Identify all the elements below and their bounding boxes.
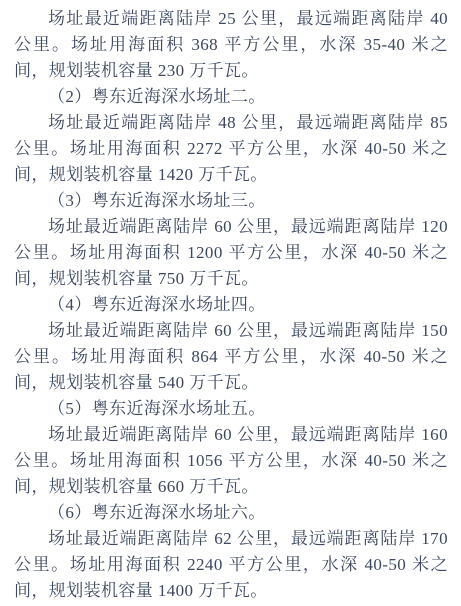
site1-description-paragraph: 场址最近端距离陆岸 25 公里，最远端距离陆岸 40 公里。场址用海面积 368… bbox=[14, 6, 448, 84]
site4-description-paragraph: 场址最近端距离陆岸 60 公里，最远端距离陆岸 150 公里。场址用海面积 86… bbox=[14, 318, 448, 396]
site5-heading: （5）粤东近海深水场址五。 bbox=[14, 396, 448, 422]
site3-heading: （3）粤东近海深水场址三。 bbox=[14, 188, 448, 214]
site6-description-paragraph: 场址最近端距离陆岸 62 公里，最远端距离陆岸 170 公里。场址用海面积 22… bbox=[14, 526, 448, 604]
site4-heading: （4）粤东近海深水场址四。 bbox=[14, 292, 448, 318]
site2-heading: （2）粤东近海深水场址二。 bbox=[14, 84, 448, 110]
site3-description-paragraph: 场址最近端距离陆岸 60 公里，最远端距离陆岸 120 公里。场址用海面积 12… bbox=[14, 214, 448, 292]
document-page: 场址最近端距离陆岸 25 公里，最远端距离陆岸 40 公里。场址用海面积 368… bbox=[0, 0, 461, 606]
site2-description-paragraph: 场址最近端距离陆岸 48 公里，最远端距离陆岸 85 公里。场址用海面积 227… bbox=[14, 110, 448, 188]
site6-heading: （6）粤东近海深水场址六。 bbox=[14, 500, 448, 526]
site5-description-paragraph: 场址最近端距离陆岸 60 公里，最远端距离陆岸 160 公里。场址用海面积 10… bbox=[14, 422, 448, 500]
